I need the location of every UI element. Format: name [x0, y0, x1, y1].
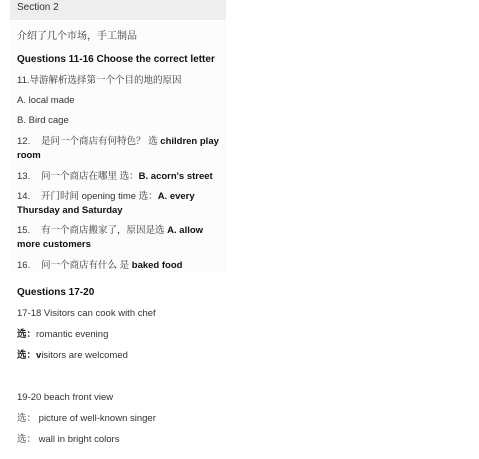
q15: 15.有一个商店搬家了，原因是选 A. allow more customers	[17, 224, 222, 252]
q17-18-choice-2: 选：visitors are welcomed	[17, 349, 128, 363]
q19-20-choice-1: 选： picture of well-known singer	[17, 412, 156, 426]
q17-18-title: 17-18 Visitors can cook with chef	[17, 307, 156, 321]
q13-answer: B. acorn's street	[139, 171, 213, 182]
q19-20-choice-2: 选： wall in bright colors	[17, 433, 119, 447]
section-header: Section 2	[10, 0, 226, 20]
q17-18-choice-1: 选：romantic evening	[17, 328, 108, 342]
intro-text: 介绍了几个市场，手工制品	[17, 30, 137, 44]
q11-option-a: A. local made	[17, 94, 75, 108]
q11-text: 11.导游解析选择第一个个目的地的原因	[17, 74, 182, 88]
q14: 14.开门时间 opening time 选：A. every Thursday…	[17, 190, 222, 218]
section-title: Section 2	[17, 2, 59, 13]
part1-heading: Questions 11-16 Choose the correct lette…	[17, 53, 215, 67]
q13: 13.问一个商店在哪里 选：B. acorn's street	[17, 170, 213, 184]
q12: 12.是问一个商店有何特色？ 选 children play room	[17, 135, 222, 163]
q16-answer: baked food	[132, 260, 183, 271]
part2-heading: Questions 17-20	[17, 286, 94, 300]
q11-option-b: B. Bird cage	[17, 114, 69, 128]
q19-20-title: 19-20 beach front view	[17, 391, 113, 405]
q16: 16.问一个商店有什么 是 baked food	[17, 259, 182, 273]
